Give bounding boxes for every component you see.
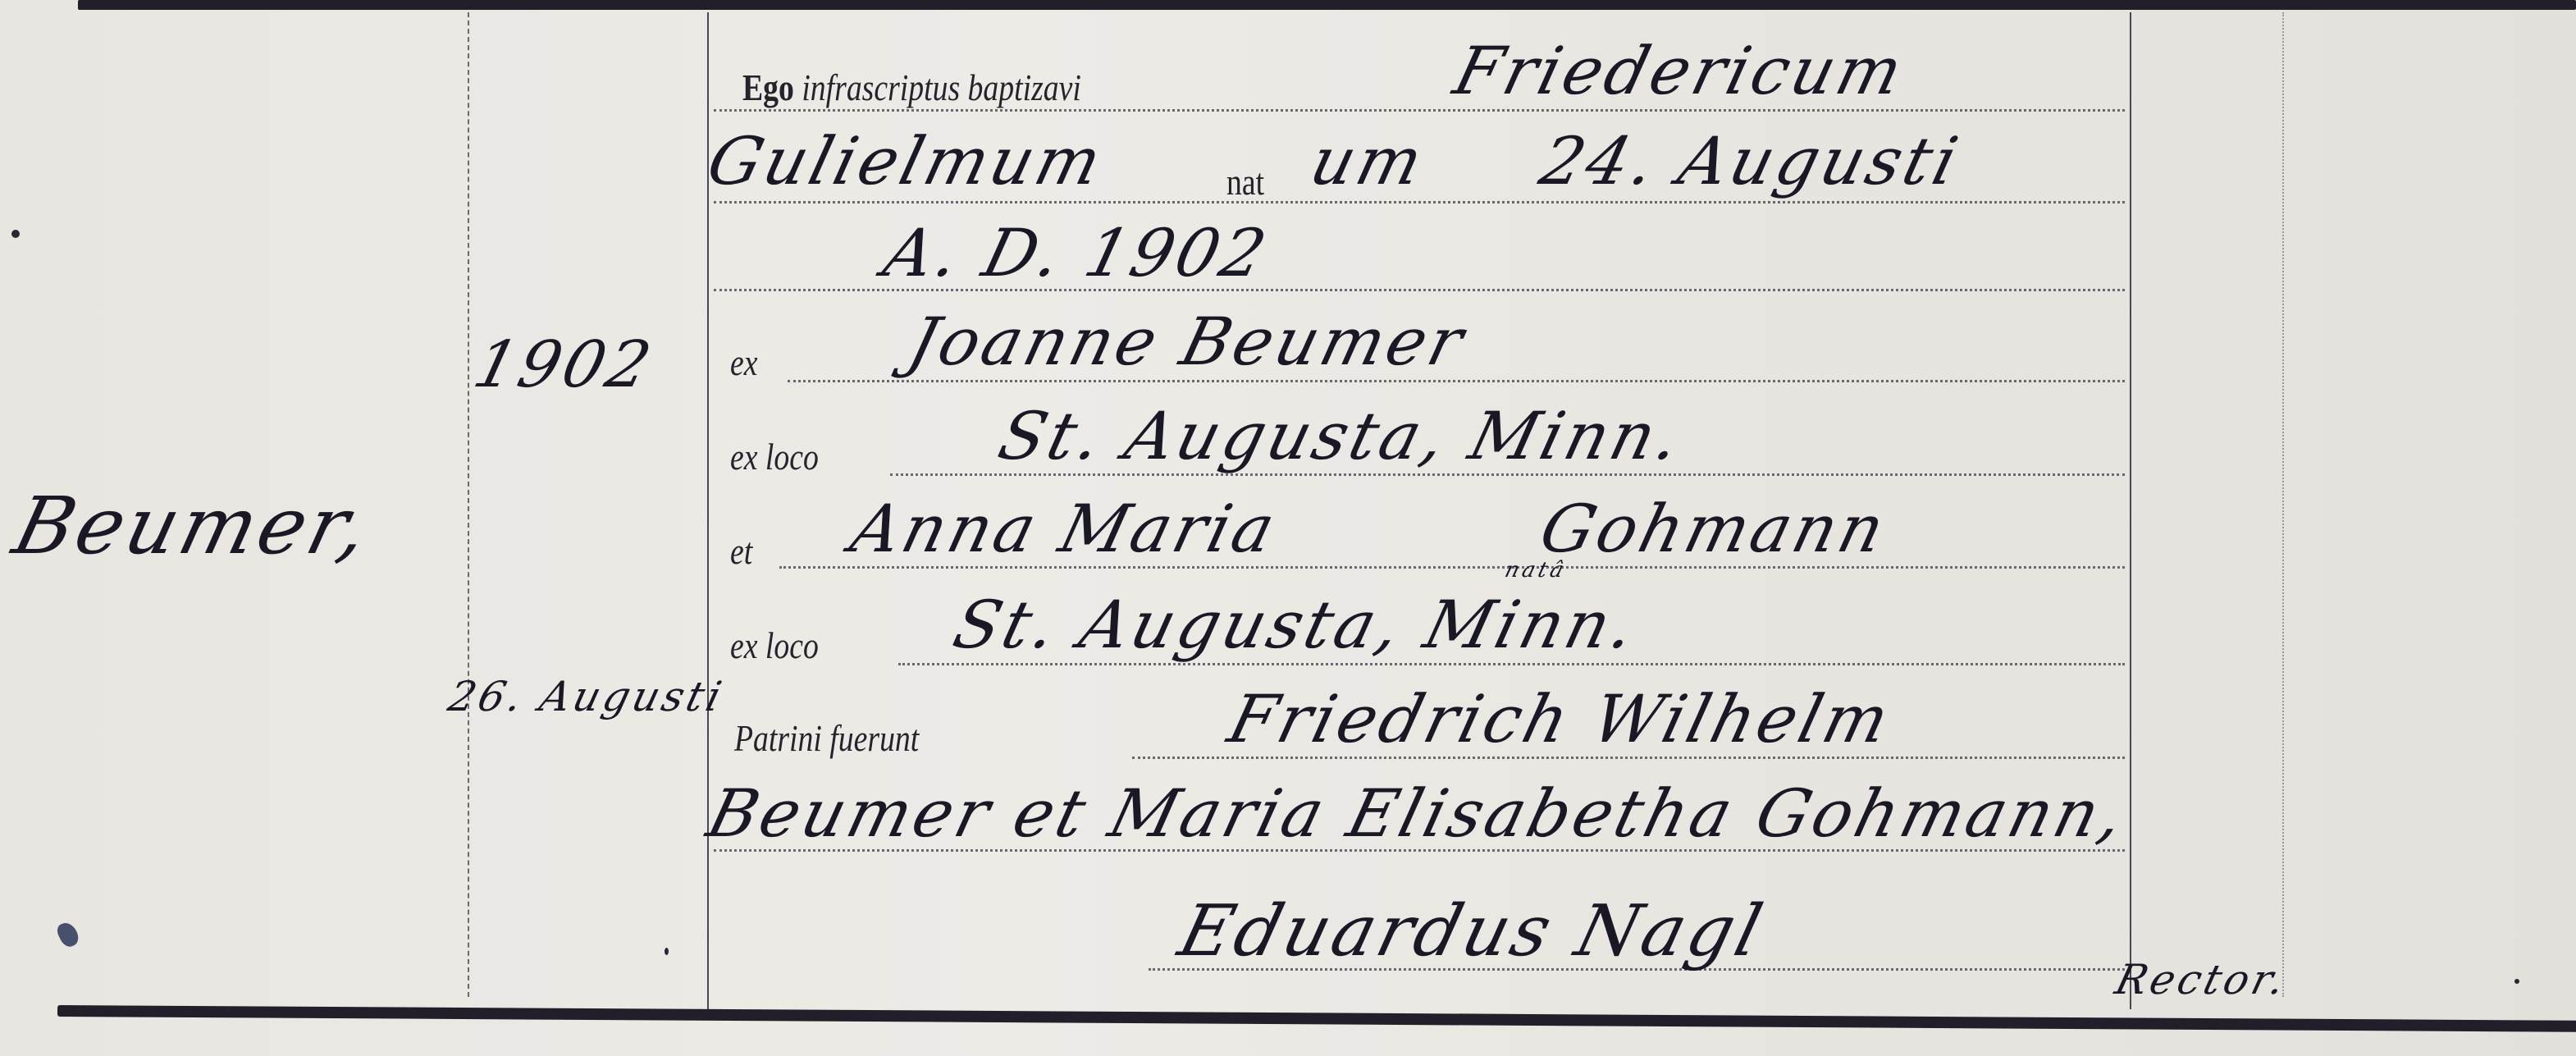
- mother-place: St. Augusta, Minn.: [946, 587, 1646, 663]
- column-divider-right: [2130, 12, 2131, 1009]
- column-divider-dotted: [2282, 12, 2284, 997]
- child-second-name: Gulielmum: [700, 123, 1112, 199]
- printed-et: et: [730, 529, 752, 573]
- ink-speck: [2514, 979, 2519, 984]
- writing-line-4: [788, 380, 2125, 382]
- godparents-continued: Beumer et Maria Elisabetha Gohmann,: [700, 775, 2135, 852]
- signature-name: Eduardus Nagl: [1172, 890, 1774, 972]
- child-first-name: Friedericum: [1446, 33, 1912, 109]
- printed-ex-loco-1: ex loco: [730, 435, 819, 478]
- printed-patrini-fuerunt: Patrini fuerunt: [734, 716, 919, 760]
- printed-ex-loco-2: ex loco: [730, 624, 819, 667]
- mother-name: Anna Maria: [843, 491, 1285, 567]
- signature-title: Rector.: [2111, 956, 2293, 1003]
- birth-year: A. D. 1902: [876, 215, 1277, 291]
- register-page: Beumer, 1902 26. Augusti Ego infrascript…: [0, 0, 2576, 1056]
- writing-line-7: [898, 663, 2125, 665]
- column-divider-dashed: [468, 12, 469, 997]
- ink-speck: [665, 948, 669, 955]
- handwritten-um: um: [1303, 123, 1433, 199]
- mother-maiden-name: Gohmann: [1532, 491, 1894, 567]
- godparent-1: Friedrich Wilhelm: [1221, 681, 1899, 757]
- writing-line-2: [714, 201, 2125, 203]
- ink-speck: [11, 230, 20, 238]
- surname: Beumer,: [5, 480, 381, 572]
- ink-blot: [55, 920, 82, 949]
- printed-ego-infrascriptus: Ego infrascriptus baptizavi: [742, 66, 1081, 109]
- printed-ex: ex: [730, 341, 757, 384]
- father-place: St. Augusta, Minn.: [991, 398, 1691, 474]
- father-name: Joanne Beumer: [901, 304, 1473, 380]
- writing-line-1: [714, 109, 2125, 112]
- printed-lead: Ego: [742, 66, 794, 108]
- top-rule: [78, 0, 2576, 10]
- year: 1902: [467, 328, 661, 402]
- bottom-rule: [57, 1005, 2576, 1032]
- baptism-date: 26. Augusti: [444, 673, 729, 720]
- birth-date: 24. Augusti: [1532, 123, 1968, 199]
- printed-nat: nat: [1226, 160, 1264, 203]
